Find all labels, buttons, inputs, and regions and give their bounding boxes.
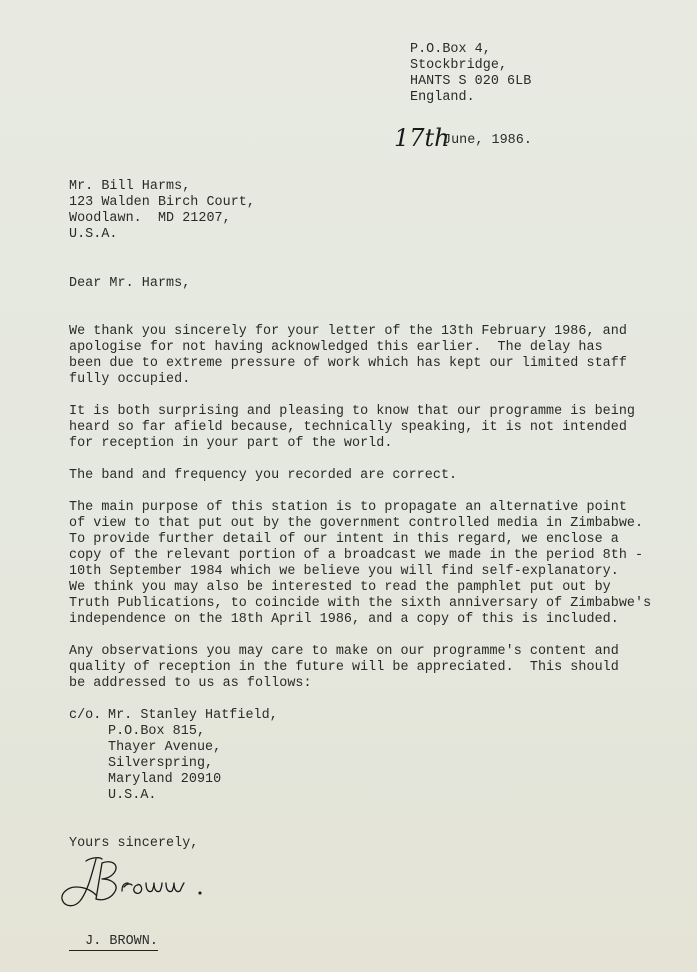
signature-icon xyxy=(58,853,218,913)
body-line: 10th September 1984 which we believe you… xyxy=(69,564,651,580)
body-line: independence on the 18th April 1986, and… xyxy=(69,612,651,628)
body-line: The main purpose of this station is to p… xyxy=(69,500,651,516)
body-line: The band and frequency you recorded are … xyxy=(69,468,457,484)
recipient-address: Mr. Bill Harms, 123 Walden Birch Court, … xyxy=(69,179,255,243)
letter-paper xyxy=(0,0,697,972)
sender-address-line: HANTS S 020 6LB xyxy=(410,74,531,90)
care-of-prefix: c/o. xyxy=(69,708,101,724)
recipient-address-line: Mr. Bill Harms, xyxy=(69,179,255,195)
paragraph-4: The main purpose of this station is to p… xyxy=(69,500,651,628)
body-line: copy of the relevant portion of a broadc… xyxy=(69,548,651,564)
body-line: Truth Publications, to coincide with the… xyxy=(69,596,651,612)
body-line: been due to extreme pressure of work whi… xyxy=(69,356,627,372)
body-line: for reception in your part of the world. xyxy=(69,436,635,452)
paragraph-3: The band and frequency you recorded are … xyxy=(69,468,457,484)
closing: Yours sincerely, xyxy=(69,836,198,852)
sender-address-line: Stockbridge, xyxy=(410,58,531,74)
forwarding-address: Mr. Stanley Hatfield, P.O.Box 815, Thaye… xyxy=(108,708,278,804)
recipient-address-line: Woodlawn. MD 21207, xyxy=(69,211,255,227)
body-line: quality of reception in the future will … xyxy=(69,660,619,676)
sender-address-line: P.O.Box 4, xyxy=(410,42,531,58)
forwarding-address-line: Mr. Stanley Hatfield, xyxy=(108,708,278,724)
body-line: We think you may also be interested to r… xyxy=(69,580,651,596)
handwritten-date-day: 17th xyxy=(394,124,450,152)
forwarding-address-line: P.O.Box 815, xyxy=(108,724,278,740)
forwarding-address-line: Maryland 20910 xyxy=(108,772,278,788)
body-line: Any observations you may care to make on… xyxy=(69,644,619,660)
forwarding-address-line: Thayer Avenue, xyxy=(108,740,278,756)
recipient-address-line: 123 Walden Birch Court, xyxy=(69,195,255,211)
handwritten-signature xyxy=(58,853,218,913)
signatory-name-text: J. BROWN. xyxy=(85,934,158,949)
recipient-address-line: U.S.A. xyxy=(69,227,255,243)
signatory-name: J. BROWN. xyxy=(69,918,158,951)
body-line: fully occupied. xyxy=(69,372,627,388)
body-line: It is both surprising and pleasing to kn… xyxy=(69,404,635,420)
paragraph-5: Any observations you may care to make on… xyxy=(69,644,619,692)
body-line: To provide further detail of our intent … xyxy=(69,532,651,548)
typed-date: June, 1986. xyxy=(443,133,532,149)
forwarding-address-line: U.S.A. xyxy=(108,788,278,804)
paragraph-1: We thank you sincerely for your letter o… xyxy=(69,324,627,388)
body-line: apologise for not having acknowledged th… xyxy=(69,340,627,356)
sender-address-line: England. xyxy=(410,90,531,106)
body-line: of view to that put out by the governmen… xyxy=(69,516,651,532)
body-line: heard so far afield because, technically… xyxy=(69,420,635,436)
forwarding-address-line: Silverspring, xyxy=(108,756,278,772)
salutation: Dear Mr. Harms, xyxy=(69,276,190,292)
body-line: We thank you sincerely for your letter o… xyxy=(69,324,627,340)
paragraph-2: It is both surprising and pleasing to kn… xyxy=(69,404,635,452)
body-line: be addressed to us as follows: xyxy=(69,676,619,692)
sender-address: P.O.Box 4, Stockbridge, HANTS S 020 6LB … xyxy=(410,42,531,106)
